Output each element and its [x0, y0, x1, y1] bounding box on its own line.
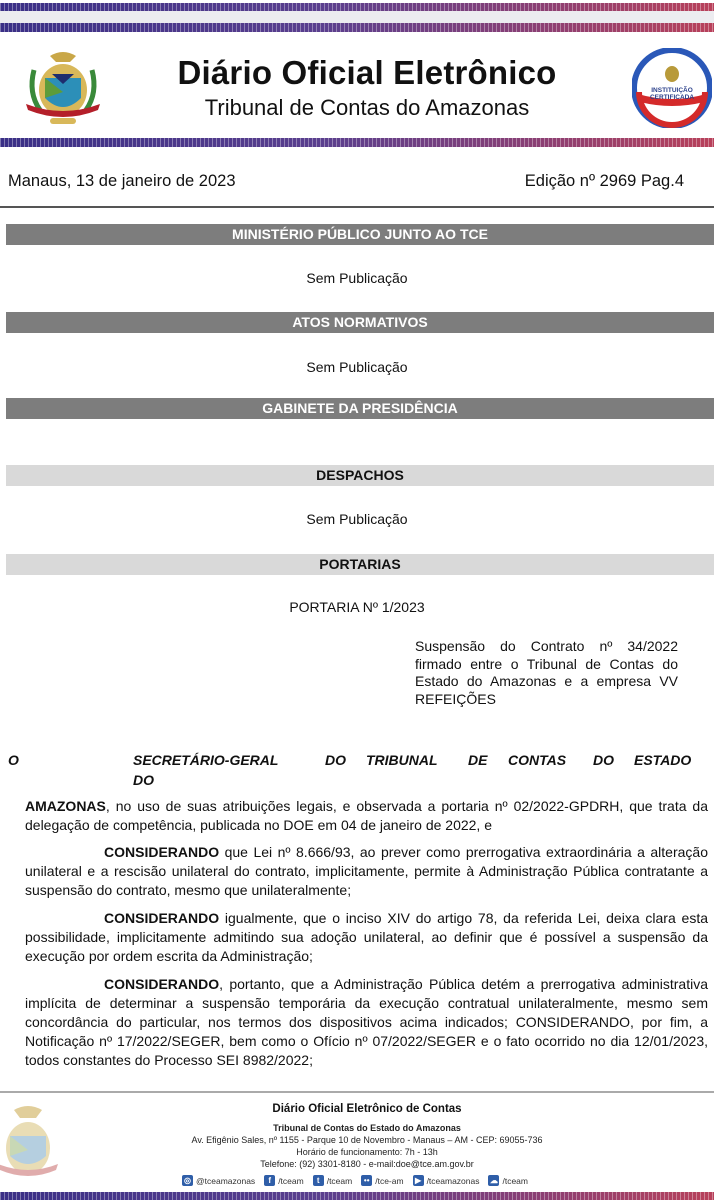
section-header-gabinete-presidencia: GABINETE DA PRESIDÊNCIA: [6, 398, 714, 419]
social-links: ◎ @tceamazonas f /tceam t /tceam •• /tce…: [182, 1175, 528, 1186]
heading-word: DO: [593, 752, 614, 768]
social-link-instagram[interactable]: ◎ @tceamazonas: [182, 1175, 255, 1186]
considerando-keyword: CONSIDERANDO: [104, 910, 219, 926]
footer-org: Tribunal de Contas do Estado do Amazonas: [0, 1123, 714, 1133]
youtube-icon: ▶: [413, 1175, 424, 1186]
portaria-summary: Suspensão do Contrato nº 34/2022 firmado…: [415, 638, 678, 708]
heading-word: SECRETÁRIO-GERAL: [133, 752, 278, 768]
considerando-paragraph-1: CONSIDERANDO que Lei nº 8.666/93, ao pre…: [25, 843, 708, 900]
portaria-number: PORTARIA Nº 1/2023: [0, 599, 714, 615]
edition-number: Edição nº 2969 Pag.4: [525, 172, 684, 191]
svg-text:CERTIFICADA: CERTIFICADA: [650, 94, 694, 101]
instagram-icon: ◎: [182, 1175, 193, 1186]
soundcloud-icon: ☁: [488, 1175, 499, 1186]
publication-title: Diário Oficial Eletrônico: [0, 54, 714, 92]
heading-word: DE: [468, 752, 487, 768]
footer-address: Av. Efigênio Sales, nº 1155 - Parque 10 …: [0, 1135, 714, 1145]
social-link-flickr[interactable]: •• /tce-am: [361, 1175, 403, 1186]
twitter-icon: t: [313, 1175, 324, 1186]
footer-hours: Horário de funcionamento: 7h - 13h: [0, 1147, 714, 1157]
portaria-intro-paragraph: AMAZONAS, no uso de suas atribuições leg…: [25, 797, 708, 835]
publication-subtitle: Tribunal de Contas do Amazonas: [0, 95, 714, 121]
publication-date: Manaus, 13 de janeiro de 2023: [8, 172, 236, 191]
section-header-despachos: DESPACHOS: [6, 465, 714, 486]
social-label: /tceamazonas: [427, 1176, 480, 1186]
considerando-paragraph-3: CONSIDERANDO, portanto, que a Administra…: [25, 975, 708, 1070]
heading-word: ESTADO: [634, 752, 691, 768]
header-divider: [0, 206, 714, 208]
section-header-atos-normativos: ATOS NORMATIVOS: [6, 312, 714, 333]
band-gap: [0, 11, 714, 23]
section-content-ministerio-publico: Sem Publicação: [0, 270, 714, 286]
social-link-facebook[interactable]: f /tceam: [264, 1175, 304, 1186]
social-link-soundcloud[interactable]: ☁ /tceam: [488, 1175, 528, 1186]
social-label: /tceam: [278, 1176, 304, 1186]
footer-decorative-band: [0, 1192, 714, 1200]
footer-contact: Telefone: (92) 3301-8180 - e-mail:doe@tc…: [0, 1159, 714, 1169]
section-header-ministerio-publico: MINISTÉRIO PÚBLICO JUNTO AO TCE: [6, 224, 714, 245]
considerando-keyword: CONSIDERANDO: [104, 844, 219, 860]
heading-word: DO: [133, 772, 154, 788]
heading-word: O: [8, 752, 19, 768]
section-header-portarias: PORTARIAS: [6, 554, 714, 575]
header-bottom-band: [0, 138, 714, 147]
footer-title: Diário Oficial Eletrônico de Contas: [0, 1103, 714, 1115]
facebook-icon: f: [264, 1175, 275, 1186]
section-content-despachos: Sem Publicação: [0, 511, 714, 527]
heading-word: CONTAS: [508, 752, 566, 768]
social-link-twitter[interactable]: t /tceam: [313, 1175, 353, 1186]
heading-word: DO: [325, 752, 346, 768]
considerando-paragraph-2: CONSIDERANDO igualmente, que o inciso XI…: [25, 909, 708, 966]
social-label: /tce-am: [375, 1176, 403, 1186]
social-label: /tceam: [327, 1176, 353, 1186]
social-label: /tceam: [502, 1176, 528, 1186]
footer-divider: [0, 1091, 714, 1093]
flickr-icon: ••: [361, 1175, 372, 1186]
masthead: Diário Oficial Eletrônico Tribunal de Co…: [0, 32, 714, 138]
top-decorative-band-2: [0, 23, 714, 32]
top-decorative-band: [0, 3, 714, 11]
social-link-youtube[interactable]: ▶ /tceamazonas: [413, 1175, 480, 1186]
heading-word: TRIBUNAL: [366, 752, 438, 768]
iso-certification-seal-icon: INSTITUIÇÃO CERTIFICADA: [632, 48, 712, 128]
social-label: @tceamazonas: [196, 1176, 255, 1186]
intro-bold: AMAZONAS: [25, 798, 106, 814]
intro-text: , no uso de suas atribuições legais, e o…: [25, 798, 708, 833]
svg-text:INSTITUIÇÃO: INSTITUIÇÃO: [651, 85, 693, 94]
considerando-keyword: CONSIDERANDO: [104, 976, 219, 992]
section-content-atos-normativos: Sem Publicação: [0, 359, 714, 375]
